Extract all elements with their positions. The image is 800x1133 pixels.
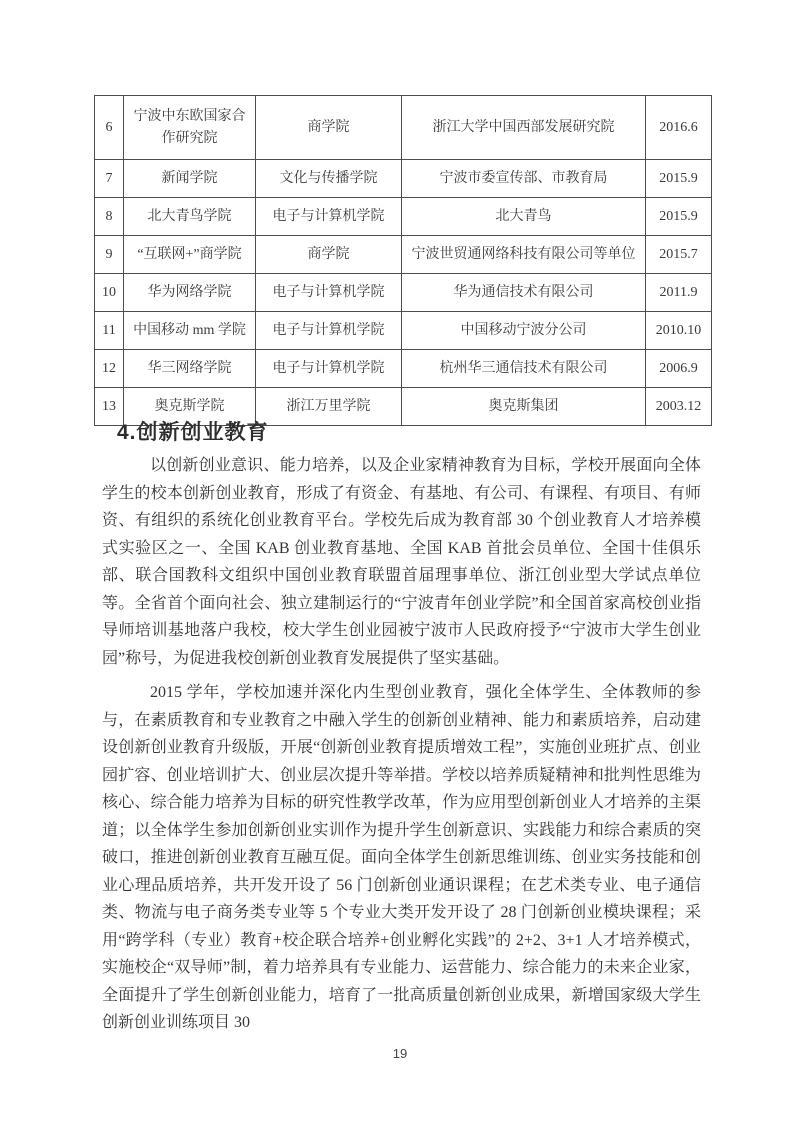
cell-name: 新闻学院 xyxy=(124,160,256,198)
cell-partner: 杭州华三通信技术有限公司 xyxy=(402,350,646,388)
cell-college: 浙江万里学院 xyxy=(256,388,402,426)
cell-college: 商学院 xyxy=(256,96,402,160)
cell-no: 9 xyxy=(95,236,124,274)
cell-no: 12 xyxy=(95,350,124,388)
cell-partner: 宁波市委宣传部、市教育局 xyxy=(402,160,646,198)
cell-date: 2015.9 xyxy=(646,198,712,236)
cell-name: “互联网+”商学院 xyxy=(124,236,256,274)
cell-date: 2016.6 xyxy=(646,96,712,160)
cell-no: 7 xyxy=(95,160,124,198)
cell-name: 华三网络学院 xyxy=(124,350,256,388)
page-number: 19 xyxy=(0,1046,800,1061)
cell-name: 北大青鸟学院 xyxy=(124,198,256,236)
table-row: 8 北大青鸟学院 电子与计算机学院 北大青鸟 2015.9 xyxy=(95,198,712,236)
cell-date: 2011.9 xyxy=(646,274,712,312)
cell-name: 华为网络学院 xyxy=(124,274,256,312)
cell-no: 11 xyxy=(95,312,124,350)
table-row: 11 中国移动 mm 学院 电子与计算机学院 中国移动宁波分公司 2010.10 xyxy=(95,312,712,350)
table-row: 6 宁波中东欧国家合作研究院 商学院 浙江大学中国西部发展研究院 2016.6 xyxy=(95,96,712,160)
cell-no: 6 xyxy=(95,96,124,160)
table-row: 9 “互联网+”商学院 商学院 宁波世贸通网络科技有限公司等单位 2015.7 xyxy=(95,236,712,274)
cell-no: 10 xyxy=(95,274,124,312)
cell-date: 2006.9 xyxy=(646,350,712,388)
document-page: 6 宁波中东欧国家合作研究院 商学院 浙江大学中国西部发展研究院 2016.6 … xyxy=(0,0,800,1133)
cell-no: 8 xyxy=(95,198,124,236)
cell-name: 宁波中东欧国家合作研究院 xyxy=(124,96,256,160)
cell-date: 2015.9 xyxy=(646,160,712,198)
cell-college: 商学院 xyxy=(256,236,402,274)
table-row: 7 新闻学院 文化与传播学院 宁波市委宣传部、市教育局 2015.9 xyxy=(95,160,712,198)
cell-partner: 中国移动宁波分公司 xyxy=(402,312,646,350)
partnership-table: 6 宁波中东欧国家合作研究院 商学院 浙江大学中国西部发展研究院 2016.6 … xyxy=(94,95,712,426)
cell-date: 2003.12 xyxy=(646,388,712,426)
table-row: 10 华为网络学院 电子与计算机学院 华为通信技术有限公司 2011.9 xyxy=(95,274,712,312)
cell-college: 电子与计算机学院 xyxy=(256,274,402,312)
cell-college: 电子与计算机学院 xyxy=(256,198,402,236)
paragraph-2: 2015 学年，学校加速并深化内生型创业教育，强化全体学生、全体教师的参与，在素… xyxy=(102,679,701,1037)
cell-date: 2015.7 xyxy=(646,236,712,274)
cell-partner: 奥克斯集团 xyxy=(402,388,646,426)
cell-partner: 宁波世贸通网络科技有限公司等单位 xyxy=(402,236,646,274)
cell-partner: 北大青鸟 xyxy=(402,198,646,236)
cell-college: 电子与计算机学院 xyxy=(256,312,402,350)
cell-partner: 华为通信技术有限公司 xyxy=(402,274,646,312)
cell-partner: 浙江大学中国西部发展研究院 xyxy=(402,96,646,160)
cell-name: 中国移动 mm 学院 xyxy=(124,312,256,350)
cell-date: 2010.10 xyxy=(646,312,712,350)
cell-college: 电子与计算机学院 xyxy=(256,350,402,388)
section-heading: 4.创新创业教育 xyxy=(117,416,269,446)
table-row: 12 华三网络学院 电子与计算机学院 杭州华三通信技术有限公司 2006.9 xyxy=(95,350,712,388)
cell-college: 文化与传播学院 xyxy=(256,160,402,198)
paragraph-1: 以创新创业意识、能力培养，以及企业家精神教育为目标，学校开展面向全体学生的校本创… xyxy=(102,452,701,672)
